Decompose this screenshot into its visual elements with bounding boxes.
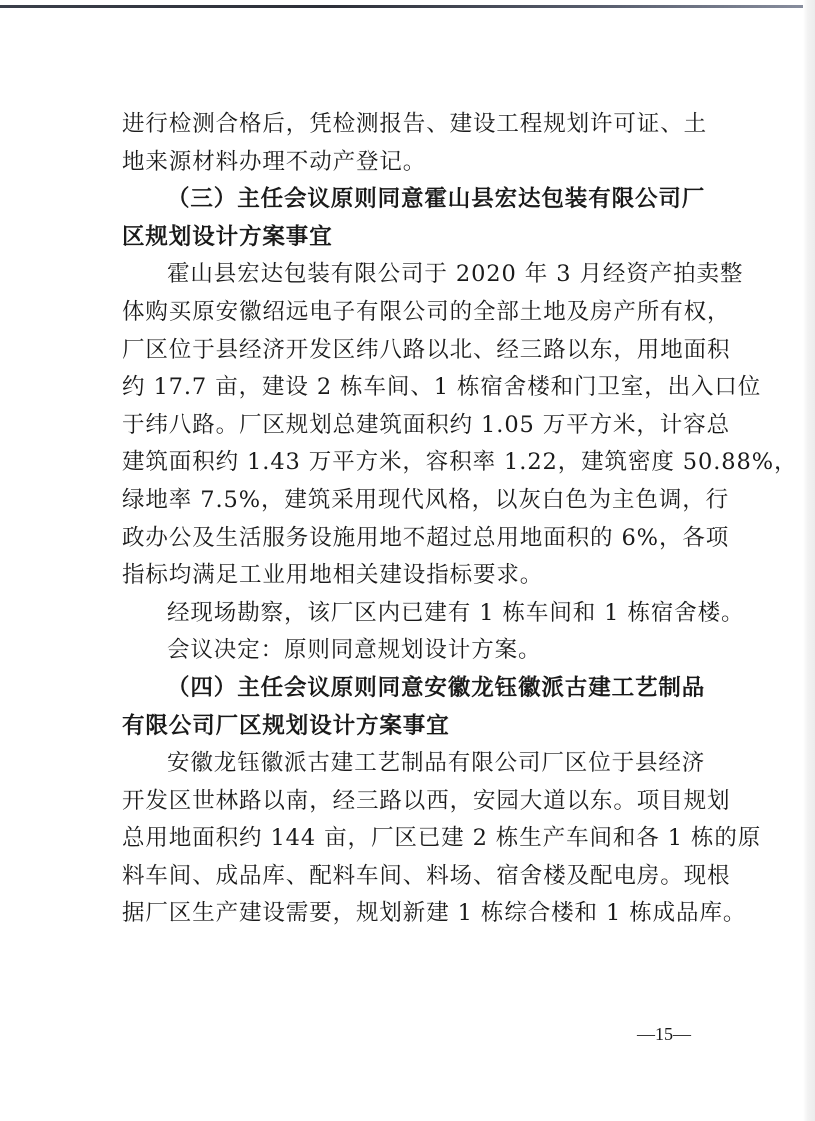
text-line: 经现场勘察，该厂区内已建有 1 栋车间和 1 栋宿舍楼。 bbox=[122, 595, 692, 633]
scan-edge-right bbox=[803, 0, 815, 1121]
page-number: —15— bbox=[637, 1024, 691, 1045]
text-line: 厂区位于县经济开发区纬八路以北、经三路以东，用地面积 bbox=[122, 332, 692, 370]
text-line: 进行检测合格后，凭检测报告、建设工程规划许可证、土 bbox=[122, 106, 692, 144]
text-line: 政办公及生活服务设施用地不超过总用地面积的 6%，各项 bbox=[122, 520, 692, 558]
text-line: 据厂区生产建设需要，规划新建 1 栋综合楼和 1 栋成品库。 bbox=[122, 895, 692, 933]
section-heading: （四）主任会议原则同意安徽龙钰徽派古建工艺制品 bbox=[122, 670, 692, 708]
text-line: 料车间、成品库、配料车间、料场、宿舍楼及配电房。现根 bbox=[122, 858, 692, 896]
text-line: 建筑面积约 1.43 万平方米，容积率 1.22，建筑密度 50.88%， bbox=[122, 444, 692, 482]
section-heading: 区规划设计方案事宜 bbox=[122, 219, 692, 257]
text-line: 地来源材料办理不动产登记。 bbox=[122, 144, 692, 182]
text-line: 安徽龙钰徽派古建工艺制品有限公司厂区位于县经济 bbox=[122, 745, 692, 783]
section-heading: （三）主任会议原则同意霍山县宏达包装有限公司厂 bbox=[122, 181, 692, 219]
text-line: 指标均满足工业用地相关建设指标要求。 bbox=[122, 557, 692, 595]
text-line: 霍山县宏达包装有限公司于 2020 年 3 月经资产拍卖整 bbox=[122, 256, 692, 294]
text-line: 总用地面积约 144 亩，厂区已建 2 栋生产车间和各 1 栋的原 bbox=[122, 820, 692, 858]
text-line: 于纬八路。厂区规划总建筑面积约 1.05 万平方米，计容总 bbox=[122, 407, 692, 445]
text-line: 约 17.7 亩，建设 2 栋车间、1 栋宿舍楼和门卫室，出入口位 bbox=[122, 369, 692, 407]
section-heading: 有限公司厂区规划设计方案事宜 bbox=[122, 708, 692, 746]
document-page: 进行检测合格后，凭检测报告、建设工程规划许可证、土 地来源材料办理不动产登记。 … bbox=[122, 106, 692, 933]
scan-edge-top bbox=[0, 5, 815, 8]
decision-line: 会议决定：原则同意规划设计方案。 bbox=[122, 632, 692, 670]
text-line: 体购买原安徽绍远电子有限公司的全部土地及房产所有权， bbox=[122, 294, 692, 332]
text-line: 开发区世林路以南，经三路以西，安园大道以东。项目规划 bbox=[122, 783, 692, 821]
text-line: 绿地率 7.5%，建筑采用现代风格，以灰白色为主色调，行 bbox=[122, 482, 692, 520]
